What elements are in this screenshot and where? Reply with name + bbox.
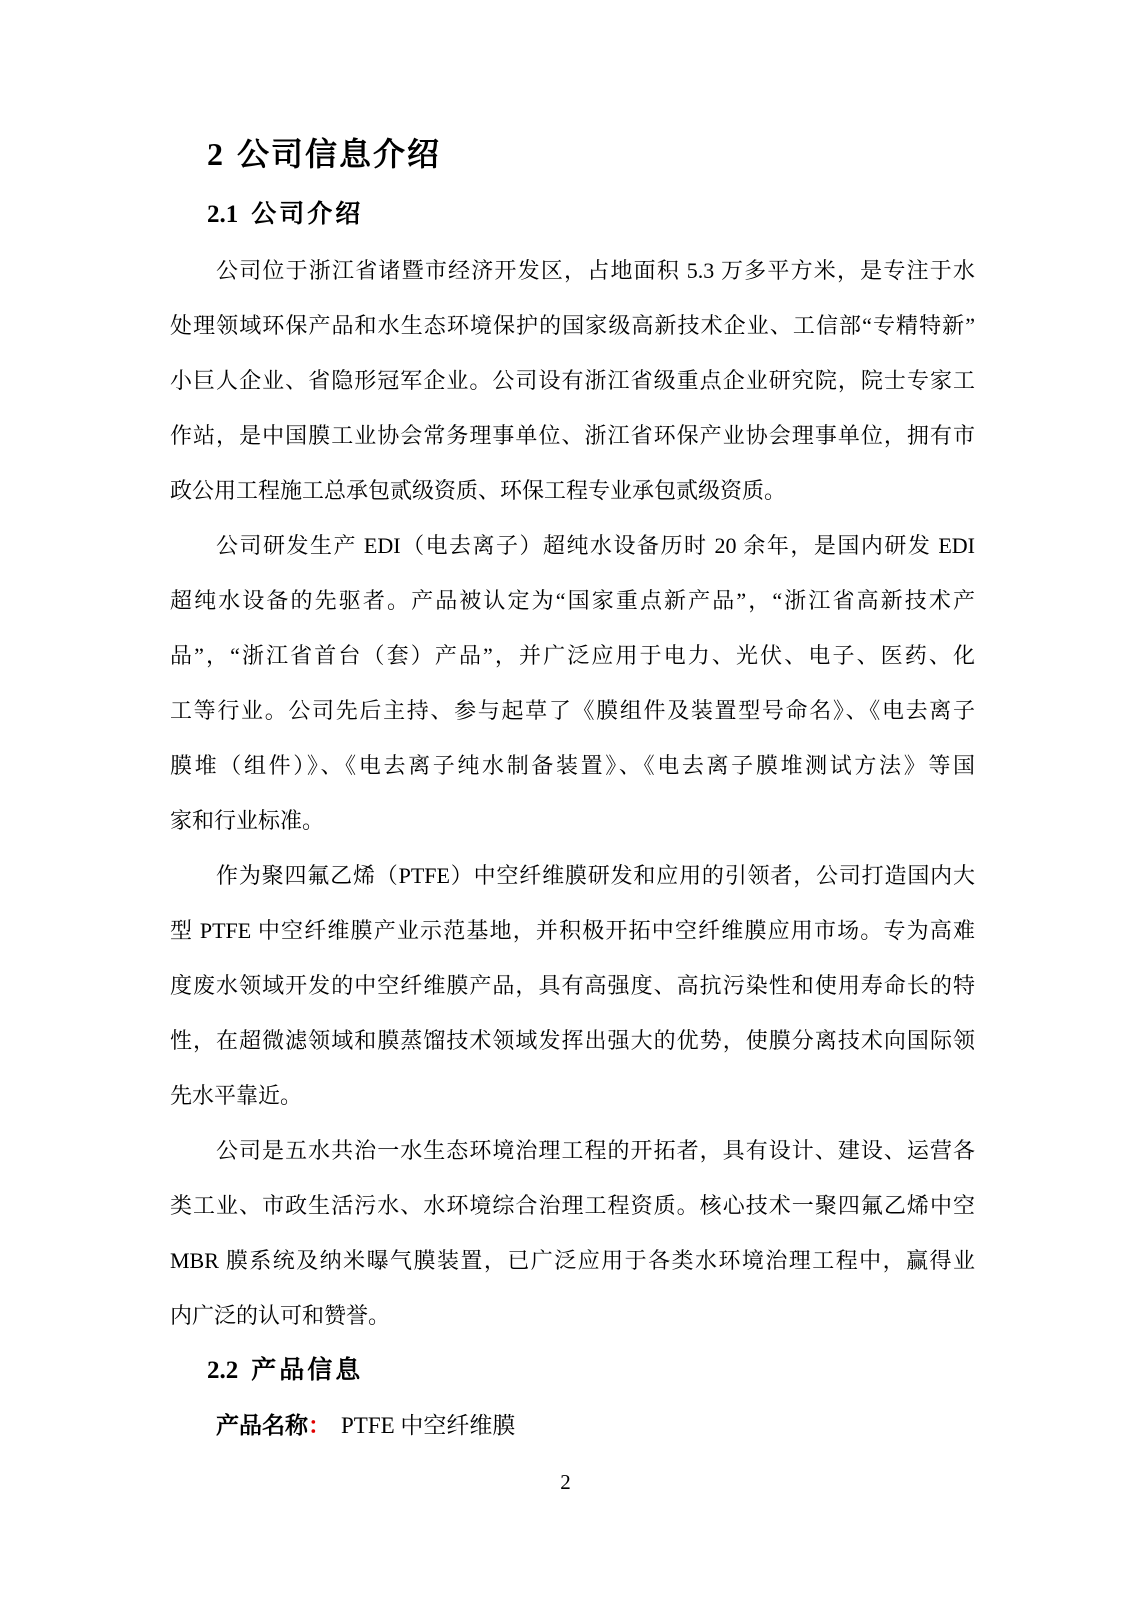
text-line: 型 PTFE 中空纤维膜产业示范基地，并积极开拓中空纤维膜应用市场。专为高难 [170, 903, 975, 958]
text-line: 小巨人企业、省隐形冠军企业。公司设有浙江省级重点企业研究院，院士专家工 [170, 353, 975, 408]
subsection-title: 产品信息 [251, 1357, 363, 1384]
text-line: 品”，“浙江省首台（套）产品”，并广泛应用于电力、光伏、电子、医药、化 [170, 628, 975, 683]
text-line: 超纯水设备的先驱者。产品被认定为“国家重点新产品”，“浙江省高新技术产 [170, 573, 975, 628]
text-line: 作站，是中国膜工业协会常务理事单位、浙江省环保产业协会理事单位，拥有市 [170, 408, 975, 463]
product-name-label: 产品名称 [216, 1413, 308, 1438]
section-title: 公司信息介绍 [237, 136, 441, 172]
paragraph-ptfe-membrane: 作为聚四氟乙烯（PTFE）中空纤维膜研发和应用的引领者，公司打造国内大 型 PT… [170, 848, 975, 1123]
text-line: 膜堆（组件）》、《电去离子纯水制备装置》、《电去离子膜堆测试方法》等国 [170, 738, 975, 793]
text-line: 内广泛的认可和赞誉。 [170, 1288, 975, 1343]
text-line: 作为聚四氟乙烯（PTFE）中空纤维膜研发和应用的引领者，公司打造国内大 [170, 848, 975, 903]
document-content: 2公司信息介绍 2.1公司介绍 公司位于浙江省诸暨市经济开发区，占地面积 5.3… [170, 122, 975, 1453]
subsection-number: 2.1 [207, 201, 238, 228]
section-heading-2: 2公司信息介绍 [170, 122, 975, 186]
section-number: 2 [207, 136, 223, 172]
paragraph-water-treatment: 公司是五水共治一水生态环境治理工程的开拓者，具有设计、建设、运营各 类工业、市政… [170, 1123, 975, 1343]
document-page: 2公司信息介绍 2.1公司介绍 公司位于浙江省诸暨市经济开发区，占地面积 5.3… [0, 0, 1131, 1600]
text-line: 处理领域环保产品和水生态环境保护的国家级高新技术企业、工信部“专精特新” [170, 298, 975, 353]
subsection-heading-2-2: 2.2产品信息 [170, 1343, 975, 1398]
text-line: 政公用工程施工总承包贰级资质、环保工程专业承包贰级资质。 [170, 463, 975, 518]
paragraph-company-intro: 公司位于浙江省诸暨市经济开发区，占地面积 5.3 万多平方米，是专注于水 处理领… [170, 243, 975, 518]
product-name-line: 产品名称：PTFE 中空纤维膜 [170, 1398, 975, 1453]
text-line: 类工业、市政生活污水、水环境综合治理工程资质。核心技术一聚四氟乙烯中空 [170, 1178, 975, 1233]
page-number: 2 [0, 1462, 1131, 1502]
paragraph-edi-products: 公司研发生产 EDI（电去离子）超纯水设备历时 20 余年，是国内研发 EDI … [170, 518, 975, 848]
product-name-colon: ： [308, 1413, 331, 1438]
text-line: 公司位于浙江省诸暨市经济开发区，占地面积 5.3 万多平方米，是专注于水 [170, 243, 975, 298]
subsection-number: 2.2 [207, 1357, 238, 1384]
subsection-heading-2-1: 2.1公司介绍 [170, 186, 975, 243]
text-line: 公司研发生产 EDI（电去离子）超纯水设备历时 20 余年，是国内研发 EDI [170, 518, 975, 573]
product-name-value: PTFE 中空纤维膜 [341, 1413, 515, 1438]
text-line: 先水平靠近。 [170, 1068, 975, 1123]
text-line: 公司是五水共治一水生态环境治理工程的开拓者，具有设计、建设、运营各 [170, 1123, 975, 1178]
text-line: 性，在超微滤领域和膜蒸馏技术领域发挥出强大的优势，使膜分离技术向国际领 [170, 1013, 975, 1068]
text-line: MBR 膜系统及纳米曝气膜装置，已广泛应用于各类水环境治理工程中，赢得业 [170, 1233, 975, 1288]
text-line: 工等行业。公司先后主持、参与起草了《膜组件及装置型号命名》、《电去离子 [170, 683, 975, 738]
subsection-title: 公司介绍 [251, 201, 363, 228]
text-line: 家和行业标准。 [170, 793, 975, 848]
text-line: 度废水领域开发的中空纤维膜产品，具有高强度、高抗污染性和使用寿命长的特 [170, 958, 975, 1013]
